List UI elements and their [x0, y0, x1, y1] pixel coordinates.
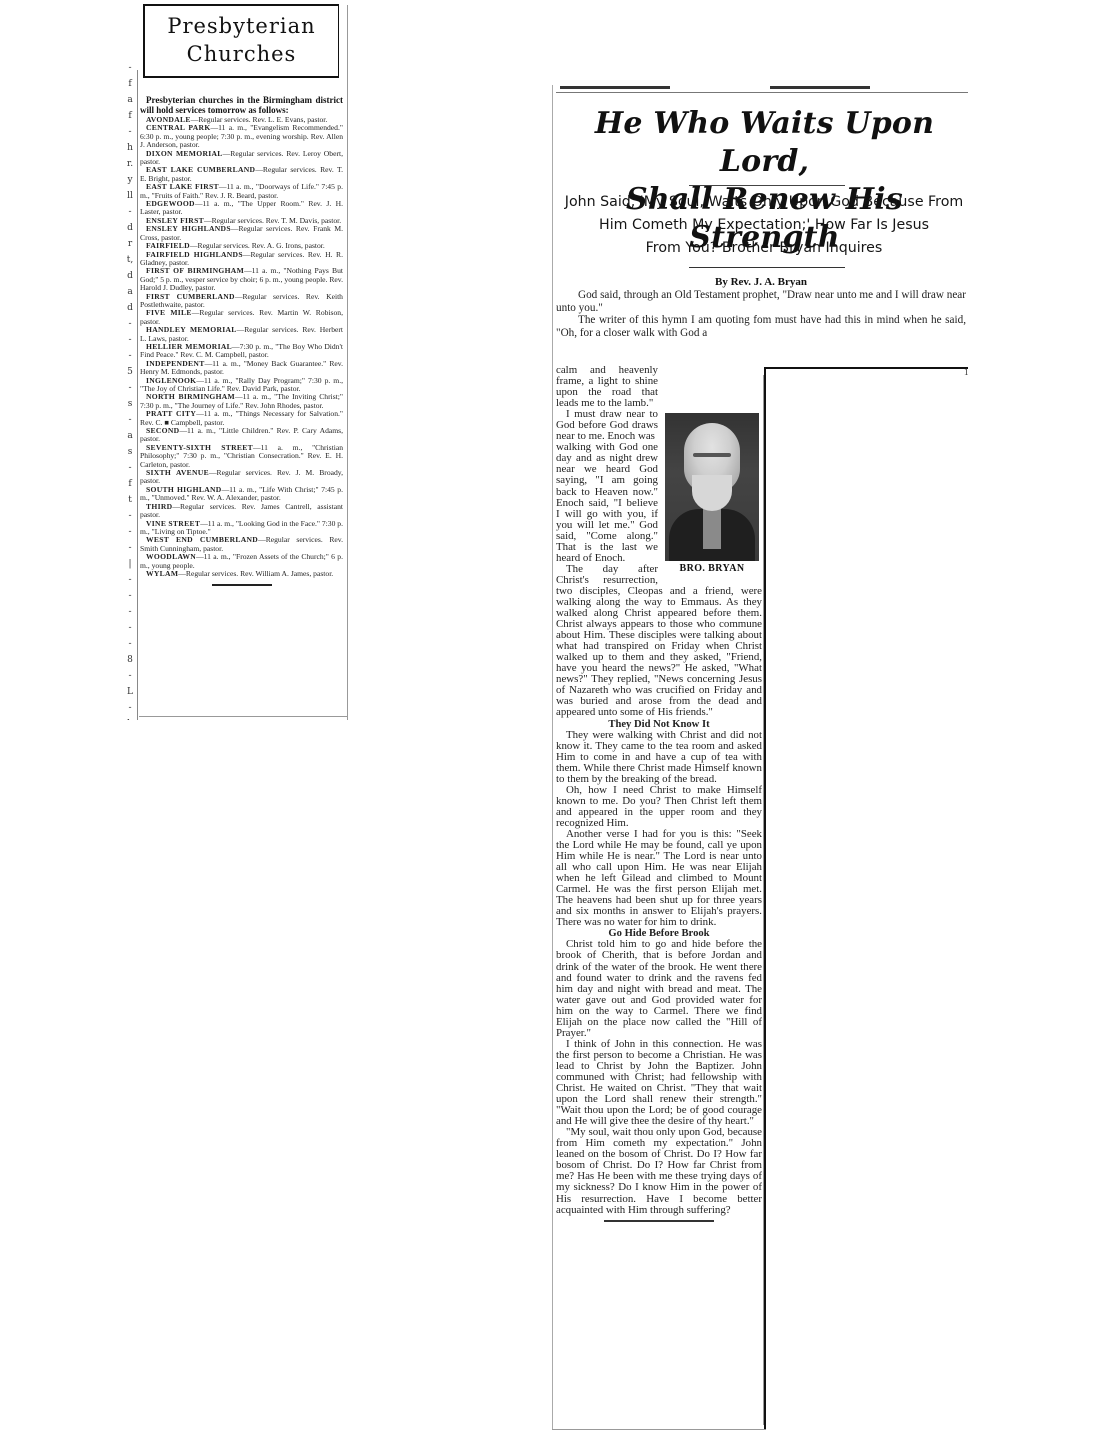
edge-fragment: - — [125, 60, 135, 76]
body-paragraph: "My soul, wait thou only upon God, becau… — [556, 1127, 762, 1215]
church-entry: VINE STREET—11 a. m., "Looking God in th… — [140, 520, 343, 537]
edge-fragment: h — [125, 140, 135, 156]
frame-mark: 1 — [964, 367, 969, 377]
church-entry: WEST END CUMBERLAND—Regular services. Re… — [140, 536, 343, 553]
author-photo-block: BRO. BRYAN — [662, 413, 762, 573]
body-paragraph: Another verse I had for you is this: "Se… — [556, 829, 762, 928]
bottom-rule — [139, 716, 347, 717]
church-entry: SOUTH HIGHLAND—11 a. m., "Life With Chri… — [140, 486, 343, 503]
church-entry: INGLENOOK—11 a. m., "Rally Day Program;"… — [140, 377, 343, 394]
edge-fragment: r. — [125, 156, 135, 172]
edge-fragment: s — [125, 396, 135, 412]
body-paragraph: The day after Christ's resurrection, two… — [556, 564, 762, 719]
edge-fragment: - — [125, 508, 135, 524]
article-lead-text: God said, through an Old Testament proph… — [556, 289, 966, 339]
church-entry: PRATT CITY—11 a. m., "Things Necessary f… — [140, 410, 343, 427]
blank-adjacent-frame — [764, 367, 968, 1430]
edge-fragment: - — [125, 332, 135, 348]
section-heading-line1: Presbyterian — [145, 12, 338, 40]
edge-fragment: a — [125, 284, 135, 300]
church-entry: FIRST CUMBERLAND—Regular services. Rev. … — [140, 293, 343, 310]
edge-fragment: f — [125, 108, 135, 124]
church-entry: SECOND—11 a. m., "Little Children." Rev.… — [140, 427, 343, 444]
church-entry: DIXON MEMORIAL—Regular services. Rev. Le… — [140, 150, 343, 167]
article-clipping: He Who Waits Upon Lord, Shall Renew His … — [552, 85, 970, 1430]
end-rule — [604, 1220, 714, 1222]
edge-fragment: - — [125, 348, 135, 364]
column-divider — [137, 70, 138, 720]
headline-rule — [689, 185, 845, 186]
edge-fragment: L — [125, 684, 135, 700]
edge-fragment: - — [125, 524, 135, 540]
body-paragraph: calm and heavenly frame, a light to shin… — [556, 365, 762, 409]
edge-fragment: - — [125, 124, 135, 140]
top-rule — [556, 92, 968, 93]
church-entry: SEVENTY-SIXTH STREET—11 a. m., "Christia… — [140, 444, 343, 469]
edge-fragment: - — [125, 316, 135, 332]
church-entry: SIXTH AVENUE—Regular services. Rev. J. M… — [140, 469, 343, 486]
edge-fragment: - — [125, 204, 135, 220]
church-entry: HELLIER MEMORIAL—7:30 p. m., "The Boy Wh… — [140, 343, 343, 360]
edge-fragment: 1, — [125, 716, 135, 720]
body-paragraph: I think of John in this connection. He w… — [556, 1039, 762, 1127]
deck-line1: John Said, 'My Soul, Waits Only Upon God… — [560, 191, 968, 214]
edge-fragment: d — [125, 300, 135, 316]
edge-fragment: - — [125, 460, 135, 476]
church-entry: CENTRAL PARK—11 a. m., "Evangelism Recom… — [140, 124, 343, 149]
edge-fragment: a — [125, 428, 135, 444]
church-entry: EAST LAKE FIRST—11 a. m., "Doorways of L… — [140, 183, 343, 200]
edge-fragment: - — [125, 412, 135, 428]
lead-paragraph: The writer of this hymn I am quoting fom… — [556, 314, 966, 339]
section-heading-line2: Churches — [145, 40, 338, 68]
edge-fragment: - — [125, 636, 135, 652]
edge-fragment: s — [125, 444, 135, 460]
edge-fragment: - — [125, 540, 135, 556]
edge-fragment: 5 — [125, 364, 135, 380]
edge-fragment: - — [125, 620, 135, 636]
church-details: Regular services. Rev. William A. James,… — [186, 569, 333, 578]
body-paragraph: Oh, how I need Christ to make Himself kn… — [556, 785, 762, 829]
column-divider — [347, 5, 348, 720]
church-entry: ENSLEY HIGHLANDS—Regular services. Rev. … — [140, 225, 343, 242]
edge-fragment: r — [125, 236, 135, 252]
edge-fragment: f — [125, 476, 135, 492]
end-rule — [212, 584, 272, 586]
edge-fragment: - — [125, 572, 135, 588]
headline-line1: He Who Waits Upon Lord, — [562, 105, 967, 181]
deck-rule — [689, 267, 845, 268]
cropped-previous-text — [560, 86, 960, 89]
edge-fragment: f — [125, 76, 135, 92]
edge-fragment: d — [125, 220, 135, 236]
church-entry: FIRST OF BIRMINGHAM—11 a. m., "Nothing P… — [140, 267, 343, 292]
photo-caption: BRO. BRYAN — [662, 563, 762, 574]
edge-fragment: a — [125, 92, 135, 108]
edge-fragment: | — [125, 556, 135, 572]
edge-fragment: - — [125, 604, 135, 620]
presbyterian-churches-clipping: -faf-hr.yll-drt,dad---5-s-as-ft---|-----… — [125, 0, 360, 722]
edge-fragment: t — [125, 492, 135, 508]
edge-fragment: ll — [125, 188, 135, 204]
adjacent-column-fragments: -faf-hr.yll-drt,dad---5-s-as-ft---|-----… — [125, 60, 135, 720]
lead-paragraph: God said, through an Old Testament proph… — [556, 289, 966, 314]
edge-fragment: y — [125, 172, 135, 188]
body-paragraph: Christ told him to go and hide before th… — [556, 939, 762, 1038]
deck-line2: Him Cometh My Expectation;' How Far Is J… — [560, 214, 968, 237]
church-entry: WYLAM—Regular services. Rev. William A. … — [140, 570, 343, 578]
church-entry: EDGEWOOD—11 a. m., "The Upper Room." Rev… — [140, 200, 343, 217]
church-listing: Presbyterian churches in the Birmingham … — [140, 86, 343, 586]
section-subhead: They Did Not Know It — [556, 719, 762, 730]
edge-fragment: d — [125, 268, 135, 284]
listing-intro: Presbyterian churches in the Birmingham … — [140, 95, 343, 115]
church-entry: EAST LAKE CUMBERLAND—Regular services. R… — [140, 166, 343, 183]
church-entry: HANDLEY MEMORIAL—Regular services. Rev. … — [140, 326, 343, 343]
church-entry: THIRD—Regular services. Rev. James Cantr… — [140, 503, 343, 520]
deck-line3: From You? Brother Bryan Inquires — [560, 237, 968, 260]
edge-fragment: 8 — [125, 652, 135, 668]
church-entry: NORTH BIRMINGHAM—11 a. m., "The Inviting… — [140, 393, 343, 410]
church-entry: INDEPENDENT—11 a. m., "Money Back Guaran… — [140, 360, 343, 377]
edge-fragment: - — [125, 668, 135, 684]
church-entries: AVONDALE—Regular services. Rev. L. E. Ev… — [140, 116, 343, 578]
edge-fragment: - — [125, 380, 135, 396]
church-entry: WOODLAWN—11 a. m., "Frozen Assets of the… — [140, 553, 343, 570]
edge-fragment: - — [125, 588, 135, 604]
subheadline-deck: John Said, 'My Soul, Waits Only Upon God… — [560, 191, 968, 260]
byline: By Rev. J. A. Bryan — [552, 276, 970, 289]
church-entry: FIVE MILE—Regular services. Rev. Martin … — [140, 309, 343, 326]
church-entry: FAIRFIELD HIGHLANDS—Regular services. Re… — [140, 251, 343, 268]
section-heading-box: Presbyterian Churches — [143, 4, 339, 78]
edge-fragment: - — [125, 700, 135, 716]
portrait-photo-icon — [665, 413, 759, 561]
edge-fragment: t, — [125, 252, 135, 268]
church-name: WYLAM — [146, 569, 178, 578]
body-paragraph: They were walking with Christ and did no… — [556, 730, 762, 785]
